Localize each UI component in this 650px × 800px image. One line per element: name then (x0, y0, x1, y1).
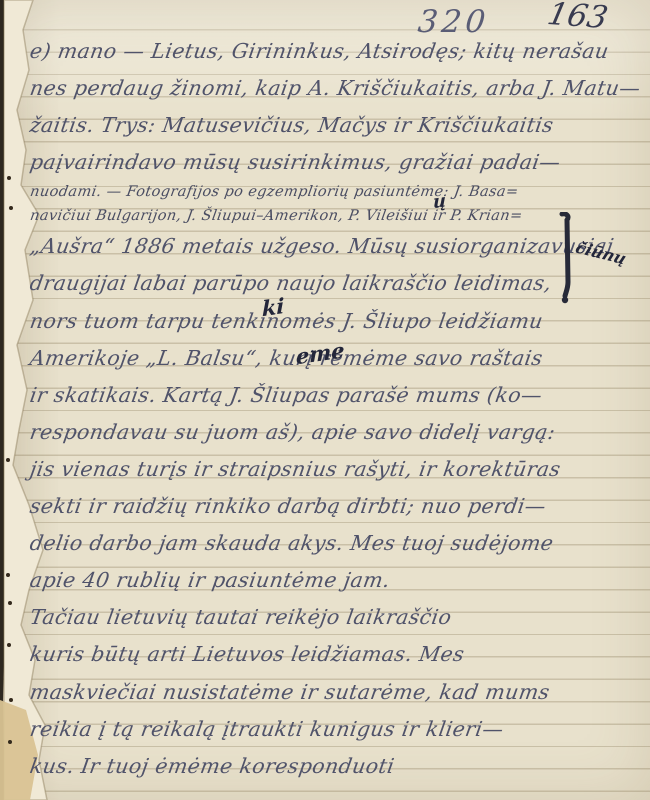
manuscript-line: respondavau su juom aš), apie savo didel… (27, 414, 649, 451)
manuscript-line: paįvairindavo mūsų susirinkimus, gražiai… (27, 144, 649, 181)
ink-correction: ų (433, 190, 446, 213)
insertion-stroke-icon (552, 212, 582, 307)
handwritten-text-block: e) mano — Lietus, Girininkus, Atsirodęs;… (30, 33, 646, 785)
manuscript-line: kuris būtų arti Lietuvos leidžiamas. Mes (27, 636, 649, 673)
manuscript-line: e) mano — Lietus, Girininkus, Atsirodęs;… (27, 33, 649, 70)
manuscript-line: delio darbo jam skauda akys. Mes tuoj su… (27, 525, 649, 562)
manuscript-line: žaitis. Trys: Matusevičius, Mačys ir Kri… (27, 107, 649, 144)
ink-correction: ki (262, 293, 284, 321)
manuscript-line: Tačiau lietuvių tautai reikėjo laikrašči… (27, 599, 649, 636)
manuscript-line: apie 40 rublių ir pasiuntėme jam. (27, 562, 649, 599)
manuscript-line: nors tuom tarpu tenkinomės J. Šliupo lei… (27, 303, 649, 340)
manuscript-line: nuodami. — Fotografijos po egzempliorių … (28, 181, 648, 205)
manuscript-page: 320 163 e) mano — Lietus, Girininkus, At… (0, 0, 650, 800)
manuscript-line: sekti ir raidžių rinkiko darbą dirbti; n… (27, 488, 649, 525)
manuscript-line: maskviečiai nusistatėme ir sutarėme, kad… (27, 674, 649, 711)
manuscript-line: kus. Ir tuoj ėmėme koresponduoti (27, 748, 649, 785)
manuscript-line: reikia į tą reikalą įtraukti kunigus ir … (27, 711, 649, 748)
manuscript-line: jis vienas turįs ir straipsnius rašyti, … (27, 451, 649, 488)
manuscript-line: nes perdaug žinomi, kaip A. Kriščiukaiti… (27, 70, 649, 107)
manuscript-line: ir skatikais. Kartą J. Šliupas parašė mu… (27, 377, 649, 414)
folio-number-ink: 163 (544, 0, 611, 36)
